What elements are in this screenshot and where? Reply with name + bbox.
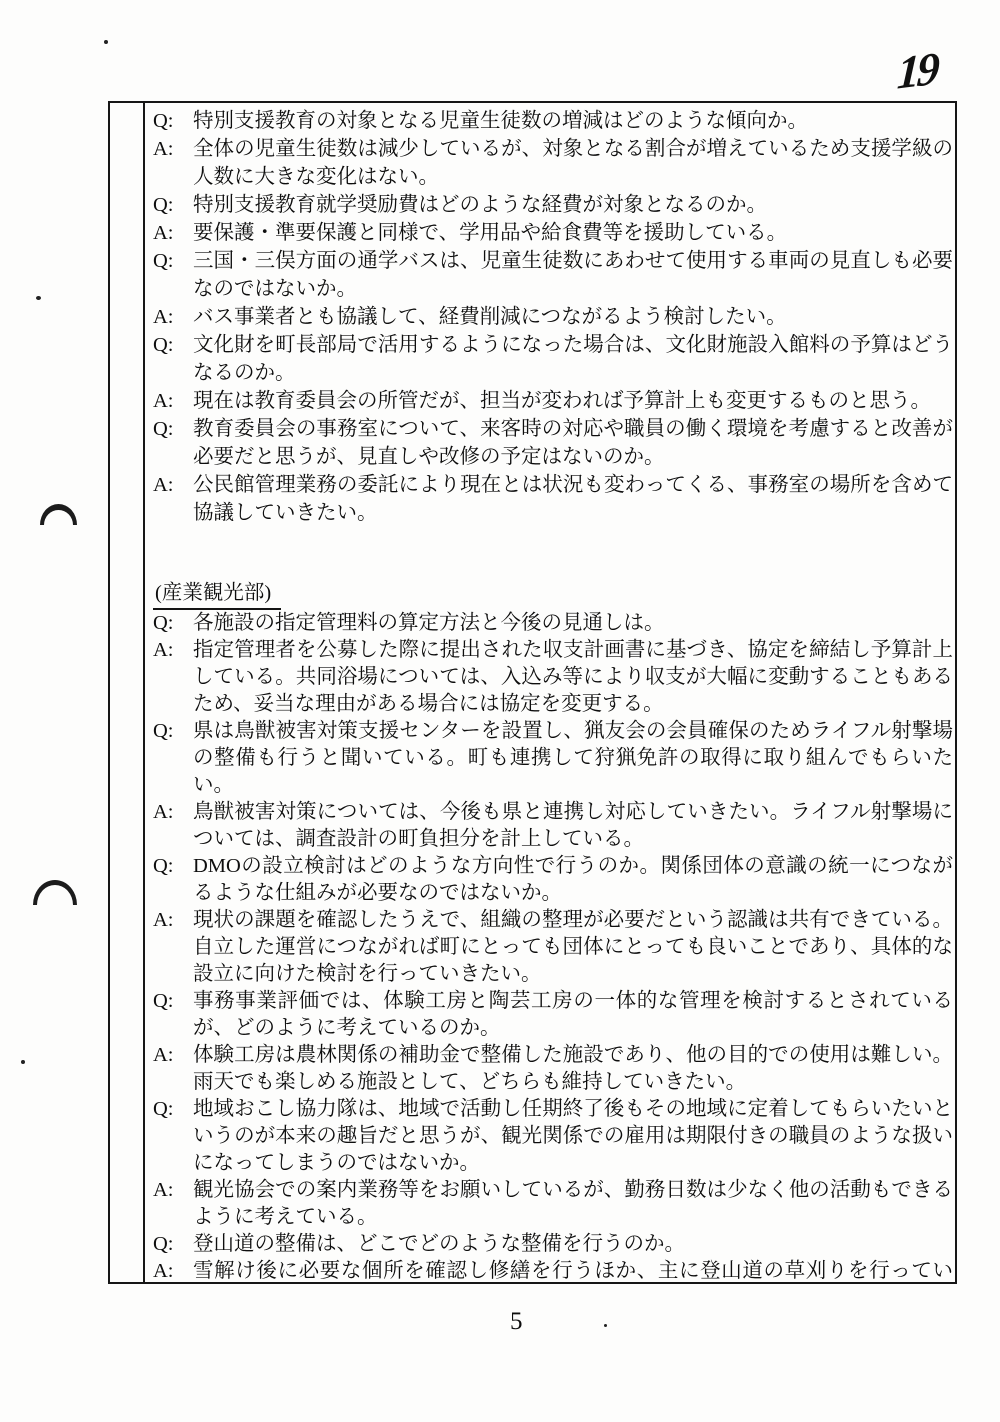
scan-speck — [21, 1060, 25, 1064]
qa-text: 観光協会での案内業務等をお願いしているが、勤務日数は少なく他の活動もできるように… — [193, 1177, 953, 1231]
scanned-document-page: 19 Q: 特別支援教育の対象となる児童生徒数の増減はどのような傾向か。 A: … — [0, 0, 1000, 1422]
qa-text: 全体の児童生徒数は減少しているが、対象となる割合が増えているため支援学級の人数に… — [193, 135, 953, 191]
qa-marker: A: — [153, 637, 193, 664]
qa-item: A: 公民館管理業務の委託により現在とは状況も変わってくる、事務室の場所を含めて… — [153, 471, 953, 527]
qa-item: Q: DMOの設立検討はどのような方向性で行うのか。関係団体の意識の統一につなが… — [153, 853, 953, 907]
qa-marker: Q: — [153, 107, 193, 135]
qa-item: Q: 特別支援教育の対象となる児童生徒数の増減はどのような傾向か。 — [153, 107, 953, 135]
table-gutter-column — [110, 103, 145, 1282]
section-header-industry-tourism: (産業観光部) — [153, 580, 281, 610]
qa-marker: A: — [153, 1258, 193, 1282]
qa-item: A: 要保護・準要保護と同様で、学用品や給食費等を援助している。 — [153, 219, 953, 247]
qa-item: Q: 各施設の指定管理料の算定方法と今後の見通しは。 — [153, 610, 953, 637]
qa-marker: A: — [153, 1177, 193, 1204]
qa-text: 体験工房は農林関係の補助金で整備した施設であり、他の目的での使用は難しい。雨天で… — [193, 1042, 953, 1096]
qa-text: 雪解け後に必要な個所を確認し修繕を行うほか、主に登山道の草刈りを行っている。 — [193, 1258, 953, 1282]
qa-text: 特別支援教育就学奨励費はどのような経費が対象となるのか。 — [193, 191, 953, 219]
binder-arc-mark — [33, 880, 77, 905]
footer-page-number: 5 — [510, 1308, 523, 1336]
qa-item: Q: 登山道の整備は、どこでどのような整備を行うのか。 — [153, 1231, 953, 1258]
qa-marker: Q: — [153, 331, 193, 359]
qa-marker: Q: — [153, 988, 193, 1015]
qa-marker: Q: — [153, 1231, 193, 1258]
qa-text: 公民館管理業務の委託により現在とは状況も変わってくる、事務室の場所を含めて協議し… — [193, 471, 953, 527]
qa-text: 各施設の指定管理料の算定方法と今後の見通しは。 — [193, 610, 953, 637]
qa-text: 三国・三俣方面の通学バスは、児童生徒数にあわせて使用する車両の見直しも必要なので… — [193, 247, 953, 303]
qa-text: 鳥獣被害対策については、今後も県と連携し対応していきたい。ライフル射撃場について… — [193, 799, 953, 853]
qa-item: Q: 事務事業評価では、体験工房と陶芸工房の一体的な管理を検討するとされているが… — [153, 988, 953, 1042]
qa-section-education: Q: 特別支援教育の対象となる児童生徒数の増減はどのような傾向か。 A: 全体の… — [153, 107, 953, 527]
section-header-wrap: (産業観光部) — [153, 580, 953, 610]
qa-item: A: 鳥獣被害対策については、今後も県と連携し対応していきたい。ライフル射撃場に… — [153, 799, 953, 853]
scan-speck — [604, 1324, 607, 1327]
qa-item: A: 体験工房は農林関係の補助金で整備した施設であり、他の目的での使用は難しい。… — [153, 1042, 953, 1096]
scan-speck — [36, 296, 41, 300]
binder-arc-mark — [40, 504, 77, 525]
qa-marker: A: — [153, 799, 193, 826]
qa-marker: A: — [153, 907, 193, 934]
qa-item: Q: 三国・三俣方面の通学バスは、児童生徒数にあわせて使用する車両の見直しも必要… — [153, 247, 953, 303]
qa-section-industry-tourism: Q: 各施設の指定管理料の算定方法と今後の見通しは。 A: 指定管理者を公募した… — [153, 610, 953, 1282]
qa-text: 特別支援教育の対象となる児童生徒数の増減はどのような傾向か。 — [193, 107, 953, 135]
qa-item: A: 指定管理者を公募した際に提出された収支計画書に基づき、協定を締結し予算計上… — [153, 637, 953, 718]
scan-speck — [104, 40, 108, 44]
qa-marker: A: — [153, 387, 193, 415]
qa-text: 現状の課題を確認したうえで、組織の整理が必要だという認識は共有できている。自立し… — [193, 907, 953, 988]
qa-marker: A: — [153, 135, 193, 163]
qa-marker: Q: — [153, 1096, 193, 1123]
qa-item: A: 現在は教育委員会の所管だが、担当が変われば予算計上も変更するものと思う。 — [153, 387, 953, 415]
qa-item: A: 現状の課題を確認したうえで、組織の整理が必要だという認識は共有できている。… — [153, 907, 953, 988]
qa-text: 文化財を町長部局で活用するようになった場合は、文化財施設入館料の予算はどうなるの… — [193, 331, 953, 387]
qa-text: 事務事業評価では、体験工房と陶芸工房の一体的な管理を検討するとされているが、どの… — [193, 988, 953, 1042]
qa-item: Q: 文化財を町長部局で活用するようになった場合は、文化財施設入館料の予算はどう… — [153, 331, 953, 387]
qa-item: A: バス事業者とも協議して、経費削減につながるよう検討したい。 — [153, 303, 953, 331]
qa-item: Q: 地域おこし協力隊は、地域で活動し任期終了後もその地域に定着してもらいたいと… — [153, 1096, 953, 1177]
qa-marker: Q: — [153, 718, 193, 745]
qa-marker: A: — [153, 219, 193, 247]
qa-item: Q: 特別支援教育就学奨励費はどのような経費が対象となるのか。 — [153, 191, 953, 219]
qa-marker: Q: — [153, 415, 193, 443]
qa-marker: Q: — [153, 191, 193, 219]
handwritten-page-number: 19 — [896, 41, 939, 100]
qa-text: 県は鳥獣被害対策支援センターを設置し、猟友会の会員確保のためライフル射撃場の整備… — [193, 718, 953, 799]
qa-item: A: 雪解け後に必要な個所を確認し修繕を行うほか、主に登山道の草刈りを行っている… — [153, 1258, 953, 1282]
qa-item: Q: 県は鳥獣被害対策支援センターを設置し、猟友会の会員確保のためライフル射撃場… — [153, 718, 953, 799]
qa-text: 教育委員会の事務室について、来客時の対応や職員の働く環境を考慮すると改善が必要だ… — [193, 415, 953, 471]
qa-text: 地域おこし協力隊は、地域で活動し任期終了後もその地域に定着してもらいたいというの… — [193, 1096, 953, 1177]
qa-item: Q: 教育委員会の事務室について、来客時の対応や職員の働く環境を考慮すると改善が… — [153, 415, 953, 471]
qa-marker: Q: — [153, 853, 193, 880]
qa-marker: A: — [153, 1042, 193, 1069]
qa-marker: A: — [153, 303, 193, 331]
qa-text: 登山道の整備は、どこでどのような整備を行うのか。 — [193, 1231, 953, 1258]
qa-text: 現在は教育委員会の所管だが、担当が変われば予算計上も変更するものと思う。 — [193, 387, 953, 415]
qa-text: DMOの設立検討はどのような方向性で行うのか。関係団体の意識の統一につながるよう… — [193, 853, 953, 907]
qa-text: バス事業者とも協議して、経費削減につながるよう検討したい。 — [193, 303, 953, 331]
qa-item: A: 観光協会での案内業務等をお願いしているが、勤務日数は少なく他の活動もできる… — [153, 1177, 953, 1231]
qa-text: 要保護・準要保護と同様で、学用品や給食費等を援助している。 — [193, 219, 953, 247]
qa-marker: A: — [153, 471, 193, 499]
qa-item: A: 全体の児童生徒数は減少しているが、対象となる割合が増えているため支援学級の… — [153, 135, 953, 191]
qa-marker: Q: — [153, 247, 193, 275]
qa-marker: Q: — [153, 610, 193, 637]
qa-text: 指定管理者を公募した際に提出された収支計画書に基づき、協定を締結し予算計上してい… — [193, 637, 953, 718]
table-content-column: Q: 特別支援教育の対象となる児童生徒数の増減はどのような傾向か。 A: 全体の… — [145, 103, 955, 1282]
minutes-table-frame: Q: 特別支援教育の対象となる児童生徒数の増減はどのような傾向か。 A: 全体の… — [108, 101, 957, 1284]
